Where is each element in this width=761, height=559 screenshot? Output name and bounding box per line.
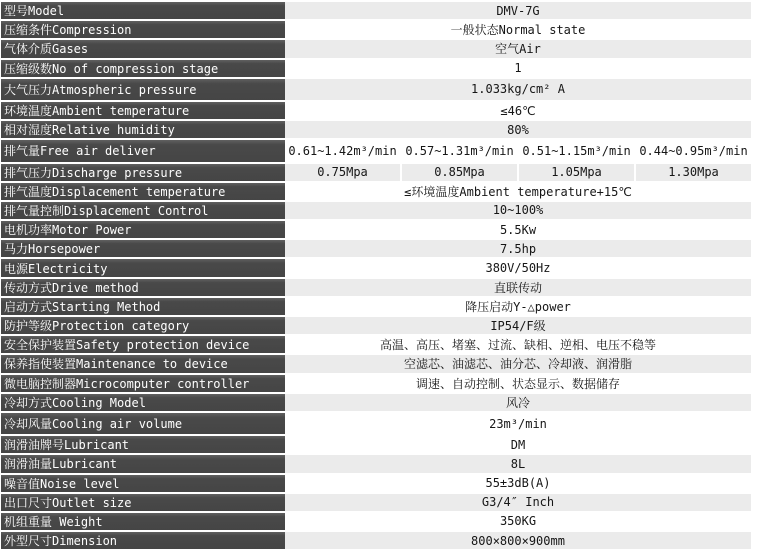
row-label: 传动方式Drive method [1,279,285,298]
row-value-cell: 空滤芯、油滤芯、油分芯、冷却液、润滑脂 [285,355,751,372]
row-label-text: 噪音值Noise level [4,475,119,492]
table-row: 排气温度Displacement temperature ≤环境温度Ambien… [1,183,751,202]
row-label: 防护等级Protection category [1,317,285,336]
row-value-cell: 5.5Kw [285,221,751,238]
specification-table: 型号Model DMV-7G 压缩条件Compression 一般状态Norma… [1,2,751,551]
row-label-text: 压缩级数No of compression stage [4,60,218,77]
row-label: 排气量控制Displacement Control [1,202,285,221]
row-value-cell: 0.75Mpa [285,164,400,181]
table-row: 润滑油牌号Lubricant DM [1,436,751,455]
table-row: 压缩级数No of compression stage 1 [1,60,751,79]
row-label-text: 安全保护装置Safety protection device [4,336,249,353]
row-value-area: 380V/50Hz [285,259,751,278]
row-value-cell: 1 [285,60,751,77]
row-value-area: ≤环境温度Ambient temperature+15℃ [285,183,751,202]
row-value-cell: 800×800×900mm [285,532,751,549]
row-label-text: 马力Horsepower [4,240,100,257]
table-row: 冷却风量Cooling air volume 23m³/min [1,413,751,436]
table-row: 压缩条件Compression 一般状态Normal state [1,21,751,40]
row-label: 润滑油量Lubricant [1,455,285,474]
row-value-area: 10~100% [285,202,751,221]
row-label-text: 保养指使装置Maintenance to device [4,355,228,372]
row-value-cell: ≤环境温度Ambient temperature+15℃ [285,183,751,200]
row-label-text: 润滑油牌号Lubricant [4,436,129,453]
row-label-text: 机组重量 Weight [4,513,103,530]
row-label-text: 排气量Free air deliver [4,142,156,159]
row-label: 冷却方式Cooling Model [1,394,285,413]
row-value-area: 风冷 [285,394,751,413]
row-value-area: 23m³/min [285,413,751,436]
row-value-area: 350KG [285,513,751,532]
row-value-area: ≤46℃ [285,102,751,121]
row-value-area: 55±3dB(A) [285,475,751,494]
row-label-text: 出口尺寸Outlet size [4,494,131,511]
row-label-text: 冷却方式Cooling Model [4,394,146,411]
row-label: 电机功率Motor Power [1,221,285,240]
row-label: 机组重量 Weight [1,513,285,532]
row-value-area: 80% [285,121,751,140]
row-label: 噪音值Noise level [1,475,285,494]
row-value-cell: 1.033kg/cm² A [285,79,751,100]
row-value-area: IP54/F级 [285,317,751,336]
row-label-text: 气体介质Gases [4,40,88,57]
row-label-text: 排气量控制Displacement Control [4,202,209,219]
row-label: 压缩条件Compression [1,21,285,40]
row-label-text: 启动方式Starting Method [4,298,160,315]
row-label-text: 冷却风量Cooling air volume [4,415,182,432]
row-value-cell: 风冷 [285,394,751,411]
row-value-cell: 1.05Mpa [517,164,634,181]
row-label: 大气压力Atmospheric pressure [1,79,285,102]
row-label-text: 防护等级Protection category [4,317,189,334]
table-row: 保养指使装置Maintenance to device 空滤芯、油滤芯、油分芯、… [1,355,751,374]
row-label: 微电脑控制器Microcomputer controller [1,375,285,394]
row-value-area: 直联传动 [285,279,751,298]
table-row: 机组重量 Weight 350KG [1,513,751,532]
row-value-cell: 1.30Mpa [634,164,751,181]
row-value-area: 调速、自动控制、状态显示、数据储存 [285,375,751,394]
row-value-cell: 55±3dB(A) [285,475,751,492]
table-row: 噪音值Noise level 55±3dB(A) [1,475,751,494]
row-value-cell: 8L [285,455,751,472]
row-value-cell: DM [285,436,751,453]
row-value-cell: 降压启动Y-△power [285,298,751,315]
row-value-area: DM [285,436,751,455]
table-row: 安全保护装置Safety protection device 高温、高压、堵塞、… [1,336,751,355]
row-value-cell: 0.51~1.15m³/min [517,140,634,161]
row-value-cell: ≤46℃ [285,102,751,119]
table-row: 润滑油量Lubricant 8L [1,455,751,474]
row-value-area: 800×800×900mm [285,532,751,551]
row-value-cell: 调速、自动控制、状态显示、数据储存 [285,375,751,392]
row-value-cell: 23m³/min [285,413,751,434]
row-value-area: 0.75Mpa0.85Mpa1.05Mpa1.30Mpa [285,164,751,183]
row-label: 压缩级数No of compression stage [1,60,285,79]
row-label-text: 微电脑控制器Microcomputer controller [4,375,249,392]
row-label: 排气温度Displacement temperature [1,183,285,202]
row-value-area: 1 [285,60,751,79]
table-row: 气体介质Gases 空气Air [1,40,751,59]
row-value-cell: 10~100% [285,202,751,219]
row-label-text: 型号Model [4,2,64,19]
row-label: 相对湿度Relative humidity [1,121,285,140]
row-label-text: 电机功率Motor Power [4,221,131,238]
row-label: 润滑油牌号Lubricant [1,436,285,455]
row-value-area: 7.5hp [285,240,751,259]
table-row: 传动方式Drive method 直联传动 [1,279,751,298]
row-value-cell: IP54/F级 [285,317,751,334]
table-row: 启动方式Starting Method 降压启动Y-△power [1,298,751,317]
row-label-text: 压缩条件Compression [4,21,131,38]
row-label: 安全保护装置Safety protection device [1,336,285,355]
row-value-area: 降压启动Y-△power [285,298,751,317]
table-row: 电源Electricity 380V/50Hz [1,259,751,278]
row-label-text: 外型尺寸Dimension [4,532,117,549]
row-value-cell: 空气Air [285,40,751,57]
row-value-cell: 0.57~1.31m³/min [400,140,517,161]
table-row: 防护等级Protection category IP54/F级 [1,317,751,336]
row-label: 出口尺寸Outlet size [1,494,285,513]
row-label: 型号Model [1,2,285,21]
row-value-cell: 高温、高压、堵塞、过流、缺相、逆相、电压不稳等 [285,336,751,353]
table-row: 出口尺寸Outlet size G3/4″ Inch [1,494,751,513]
row-value-cell: 350KG [285,513,751,530]
row-label: 排气量Free air deliver [1,140,285,163]
row-value-cell: 0.61~1.42m³/min [285,140,400,161]
row-value-cell: DMV-7G [285,2,751,19]
row-label-text: 环境温度Ambient temperature [4,102,189,119]
row-value-area: 一般状态Normal state [285,21,751,40]
row-label-text: 电源Electricity [4,260,107,277]
row-label: 冷却风量Cooling air volume [1,413,285,436]
table-row: 相对湿度Relative humidity 80% [1,121,751,140]
table-row: 微电脑控制器Microcomputer controller 调速、自动控制、状… [1,375,751,394]
table-row: 排气压力Discharge pressure 0.75Mpa0.85Mpa1.0… [1,164,751,183]
row-value-area: 0.61~1.42m³/min0.57~1.31m³/min0.51~1.15m… [285,140,751,163]
row-value-cell: 80% [285,121,751,138]
row-value-cell: 7.5hp [285,240,751,257]
table-row: 型号Model DMV-7G [1,2,751,21]
row-value-cell: G3/4″ Inch [285,494,751,511]
row-label: 电源Electricity [1,259,285,278]
table-row: 电机功率Motor Power 5.5Kw [1,221,751,240]
row-value-cell: 380V/50Hz [285,259,751,276]
row-label: 启动方式Starting Method [1,298,285,317]
row-label-text: 相对湿度Relative humidity [4,121,175,138]
row-value-cell: 一般状态Normal state [285,21,751,38]
table-row: 外型尺寸Dimension 800×800×900mm [1,532,751,551]
row-value-area: 空气Air [285,40,751,59]
row-value-area: 高温、高压、堵塞、过流、缺相、逆相、电压不稳等 [285,336,751,355]
row-label-text: 传动方式Drive method [4,279,139,296]
row-value-area: 空滤芯、油滤芯、油分芯、冷却液、润滑脂 [285,355,751,374]
row-label-text: 排气温度Displacement temperature [4,183,225,200]
row-label: 马力Horsepower [1,240,285,259]
row-value-cell: 0.44~0.95m³/min [634,140,751,161]
row-label: 排气压力Discharge pressure [1,164,285,183]
table-row: 环境温度Ambient temperature ≤46℃ [1,102,751,121]
row-value-area: 1.033kg/cm² A [285,79,751,102]
row-value-area: G3/4″ Inch [285,494,751,513]
row-value-area: 8L [285,455,751,474]
row-value-cell: 0.85Mpa [400,164,517,181]
row-label: 外型尺寸Dimension [1,532,285,551]
table-row: 马力Horsepower 7.5hp [1,240,751,259]
row-label: 气体介质Gases [1,40,285,59]
row-label: 环境温度Ambient temperature [1,102,285,121]
table-row: 冷却方式Cooling Model 风冷 [1,394,751,413]
table-row: 排气量Free air deliver 0.61~1.42m³/min0.57~… [1,140,751,163]
table-row: 大气压力Atmospheric pressure 1.033kg/cm² A [1,79,751,102]
row-label: 保养指使装置Maintenance to device [1,355,285,374]
row-label-text: 大气压力Atmospheric pressure [4,81,197,98]
table-row: 排气量控制Displacement Control 10~100% [1,202,751,221]
row-value-cell: 直联传动 [285,279,751,296]
row-label-text: 排气压力Discharge pressure [4,164,182,181]
row-value-area: 5.5Kw [285,221,751,240]
row-label-text: 润滑油量Lubricant [4,455,117,472]
row-value-area: DMV-7G [285,2,751,21]
